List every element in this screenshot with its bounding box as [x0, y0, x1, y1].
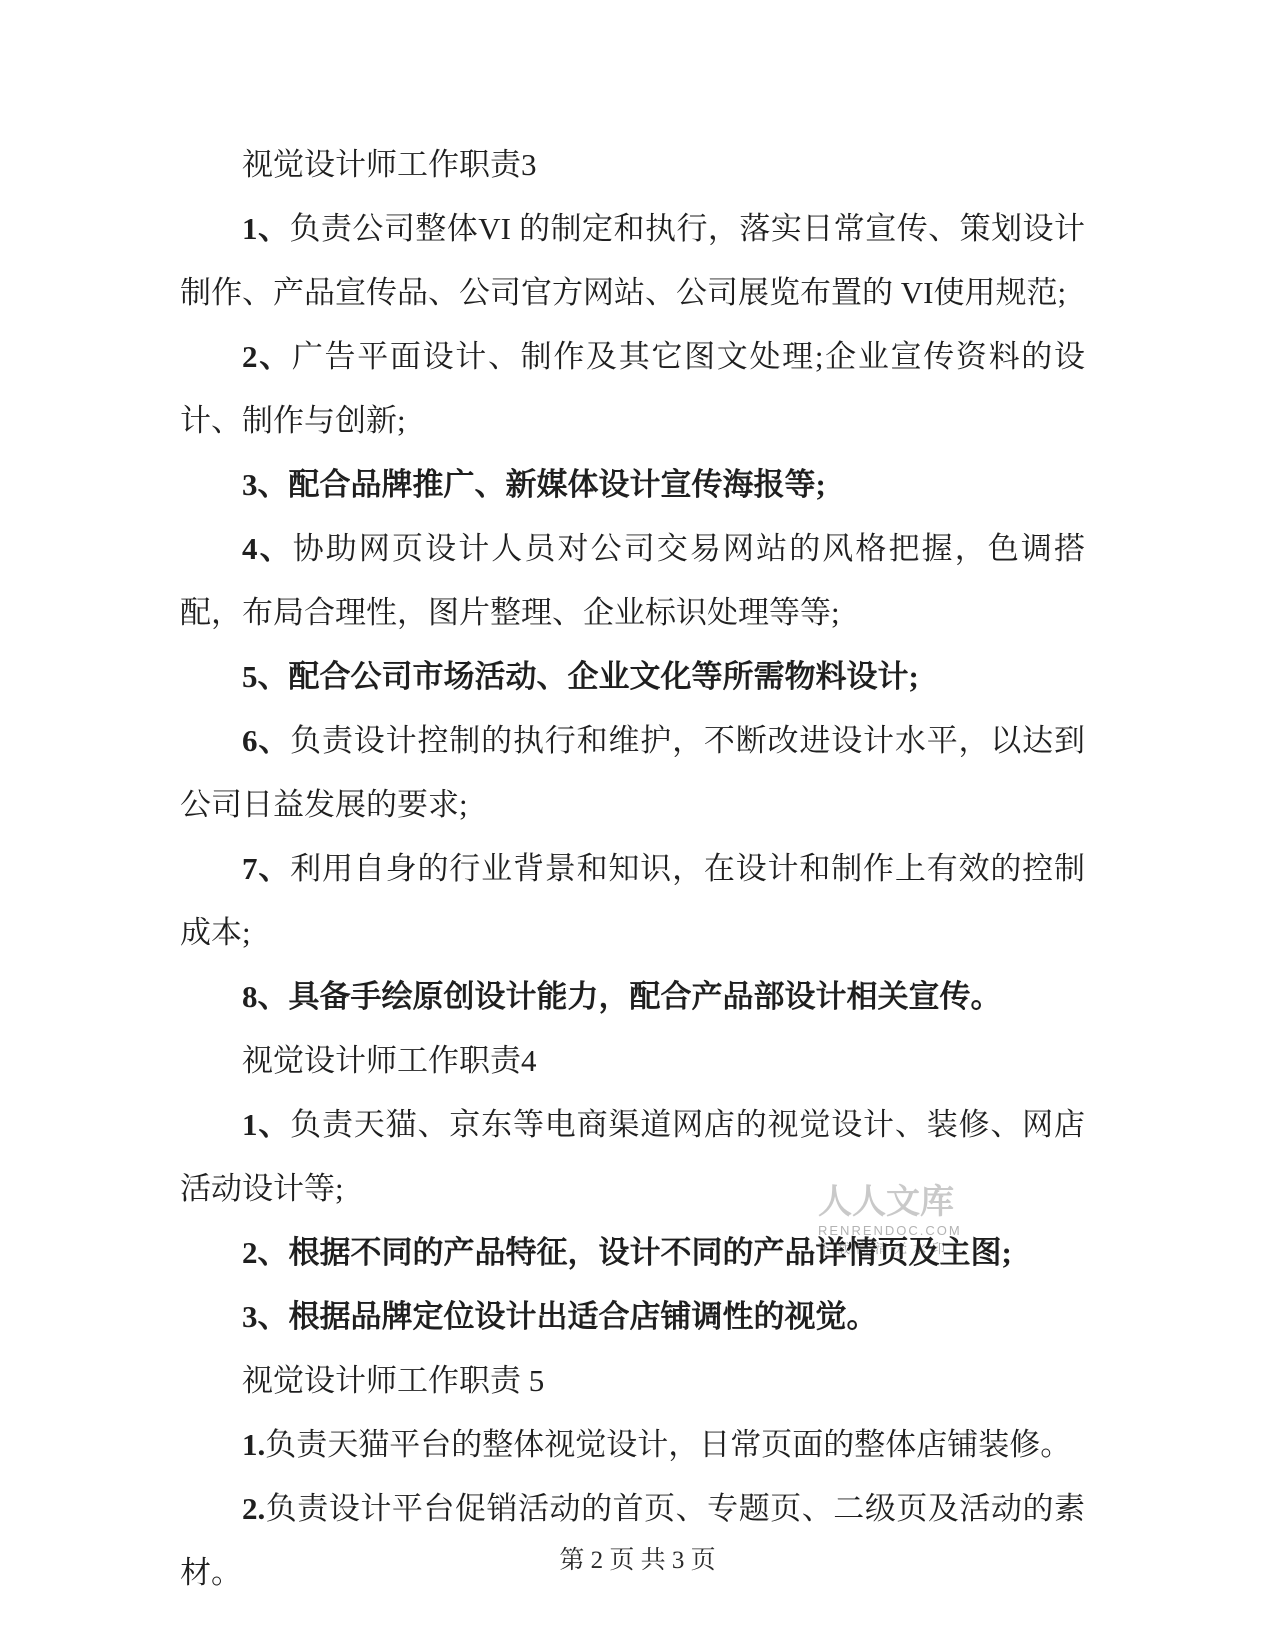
item-number: 1. [242, 1427, 265, 1462]
item-text: 负责天猫、京东等电商渠道网店的视觉设计、装修、网店活动设计等; [180, 1107, 1085, 1206]
document-body: 视觉设计师工作职责31、负责公司整体VI 的制定和执行，落实日常宣传、策划设计制… [180, 133, 1085, 1605]
page-number: 第 2 页 共 3 页 [0, 1540, 1275, 1576]
item-number: 4、 [242, 531, 293, 566]
list-item: 5、配合公司市场活动、企业文化等所需物料设计; [180, 645, 1085, 709]
list-item: 8、具备手绘原创设计能力，配合产品部设计相关宣传。 [180, 965, 1085, 1029]
item-text: 根据不同的产品特征，设计不同的产品详情页及主图; [289, 1235, 1012, 1270]
item-number: 3、 [242, 467, 289, 502]
list-item: 6、负责设计控制的执行和维护，不断改进设计水平，以达到公司日益发展的要求; [180, 709, 1085, 837]
item-number: 3、 [242, 1299, 289, 1334]
item-number: 2. [242, 1491, 265, 1526]
list-item: 1、负责天猫、京东等电商渠道网店的视觉设计、装修、网店活动设计等; [180, 1093, 1085, 1221]
list-item: 2、广告平面设计、制作及其它图文处理;企业宣传资料的设计、制作与创新; [180, 325, 1085, 453]
item-number: 2、 [242, 1235, 289, 1270]
item-text: 负责设计控制的执行和维护，不断改进设计水平，以达到公司日益发展的要求; [180, 723, 1085, 822]
section-heading: 视觉设计师工作职责 5 [180, 1349, 1085, 1413]
list-item: 3、根据品牌定位设计出适合店铺调性的视觉。 [180, 1285, 1085, 1349]
item-number: 6、 [242, 723, 290, 758]
list-item: 1、负责公司整体VI 的制定和执行，落实日常宣传、策划设计制作、产品宣传品、公司… [180, 197, 1085, 325]
item-number: 1、 [242, 1107, 290, 1142]
item-text: 配合品牌推广、新媒体设计宣传海报等; [289, 467, 826, 502]
list-item: 2、根据不同的产品特征，设计不同的产品详情页及主图; [180, 1221, 1085, 1285]
item-text: 具备手绘原创设计能力，配合产品部设计相关宣传。 [289, 979, 1002, 1014]
section-heading: 视觉设计师工作职责3 [180, 133, 1085, 197]
item-number: 7、 [242, 851, 290, 886]
list-item: 4、协助网页设计人员对公司交易网站的风格把握，色调搭配，布局合理性，图片整理、企… [180, 517, 1085, 645]
list-item: 3、配合品牌推广、新媒体设计宣传海报等; [180, 453, 1085, 517]
item-number: 2、 [242, 339, 292, 374]
item-number: 1、 [242, 211, 289, 246]
item-number: 8、 [242, 979, 289, 1014]
item-text: 配合公司市场活动、企业文化等所需物料设计; [289, 659, 919, 694]
item-text: 广告平面设计、制作及其它图文处理;企业宣传资料的设计、制作与创新; [180, 339, 1085, 438]
item-text: 负责公司整体VI 的制定和执行，落实日常宣传、策划设计制作、产品宣传品、公司官方… [180, 211, 1085, 310]
section-heading: 视觉设计师工作职责4 [180, 1029, 1085, 1093]
item-number: 5、 [242, 659, 289, 694]
list-item: 7、利用自身的行业背景和知识，在设计和制作上有效的控制成本; [180, 837, 1085, 965]
item-text: 根据品牌定位设计出适合店铺调性的视觉。 [289, 1299, 878, 1334]
document-page: 视觉设计师工作职责31、负责公司整体VI 的制定和执行，落实日常宣传、策划设计制… [0, 0, 1275, 1650]
item-text: 负责天猫平台的整体视觉设计，日常页面的整体店铺装修。 [265, 1427, 1071, 1462]
item-text: 利用自身的行业背景和知识，在设计和制作上有效的控制成本; [180, 851, 1085, 950]
list-item: 1.负责天猫平台的整体视觉设计，日常页面的整体店铺装修。 [180, 1413, 1085, 1477]
item-text: 协助网页设计人员对公司交易网站的风格把握，色调搭配，布局合理性，图片整理、企业标… [180, 531, 1085, 630]
